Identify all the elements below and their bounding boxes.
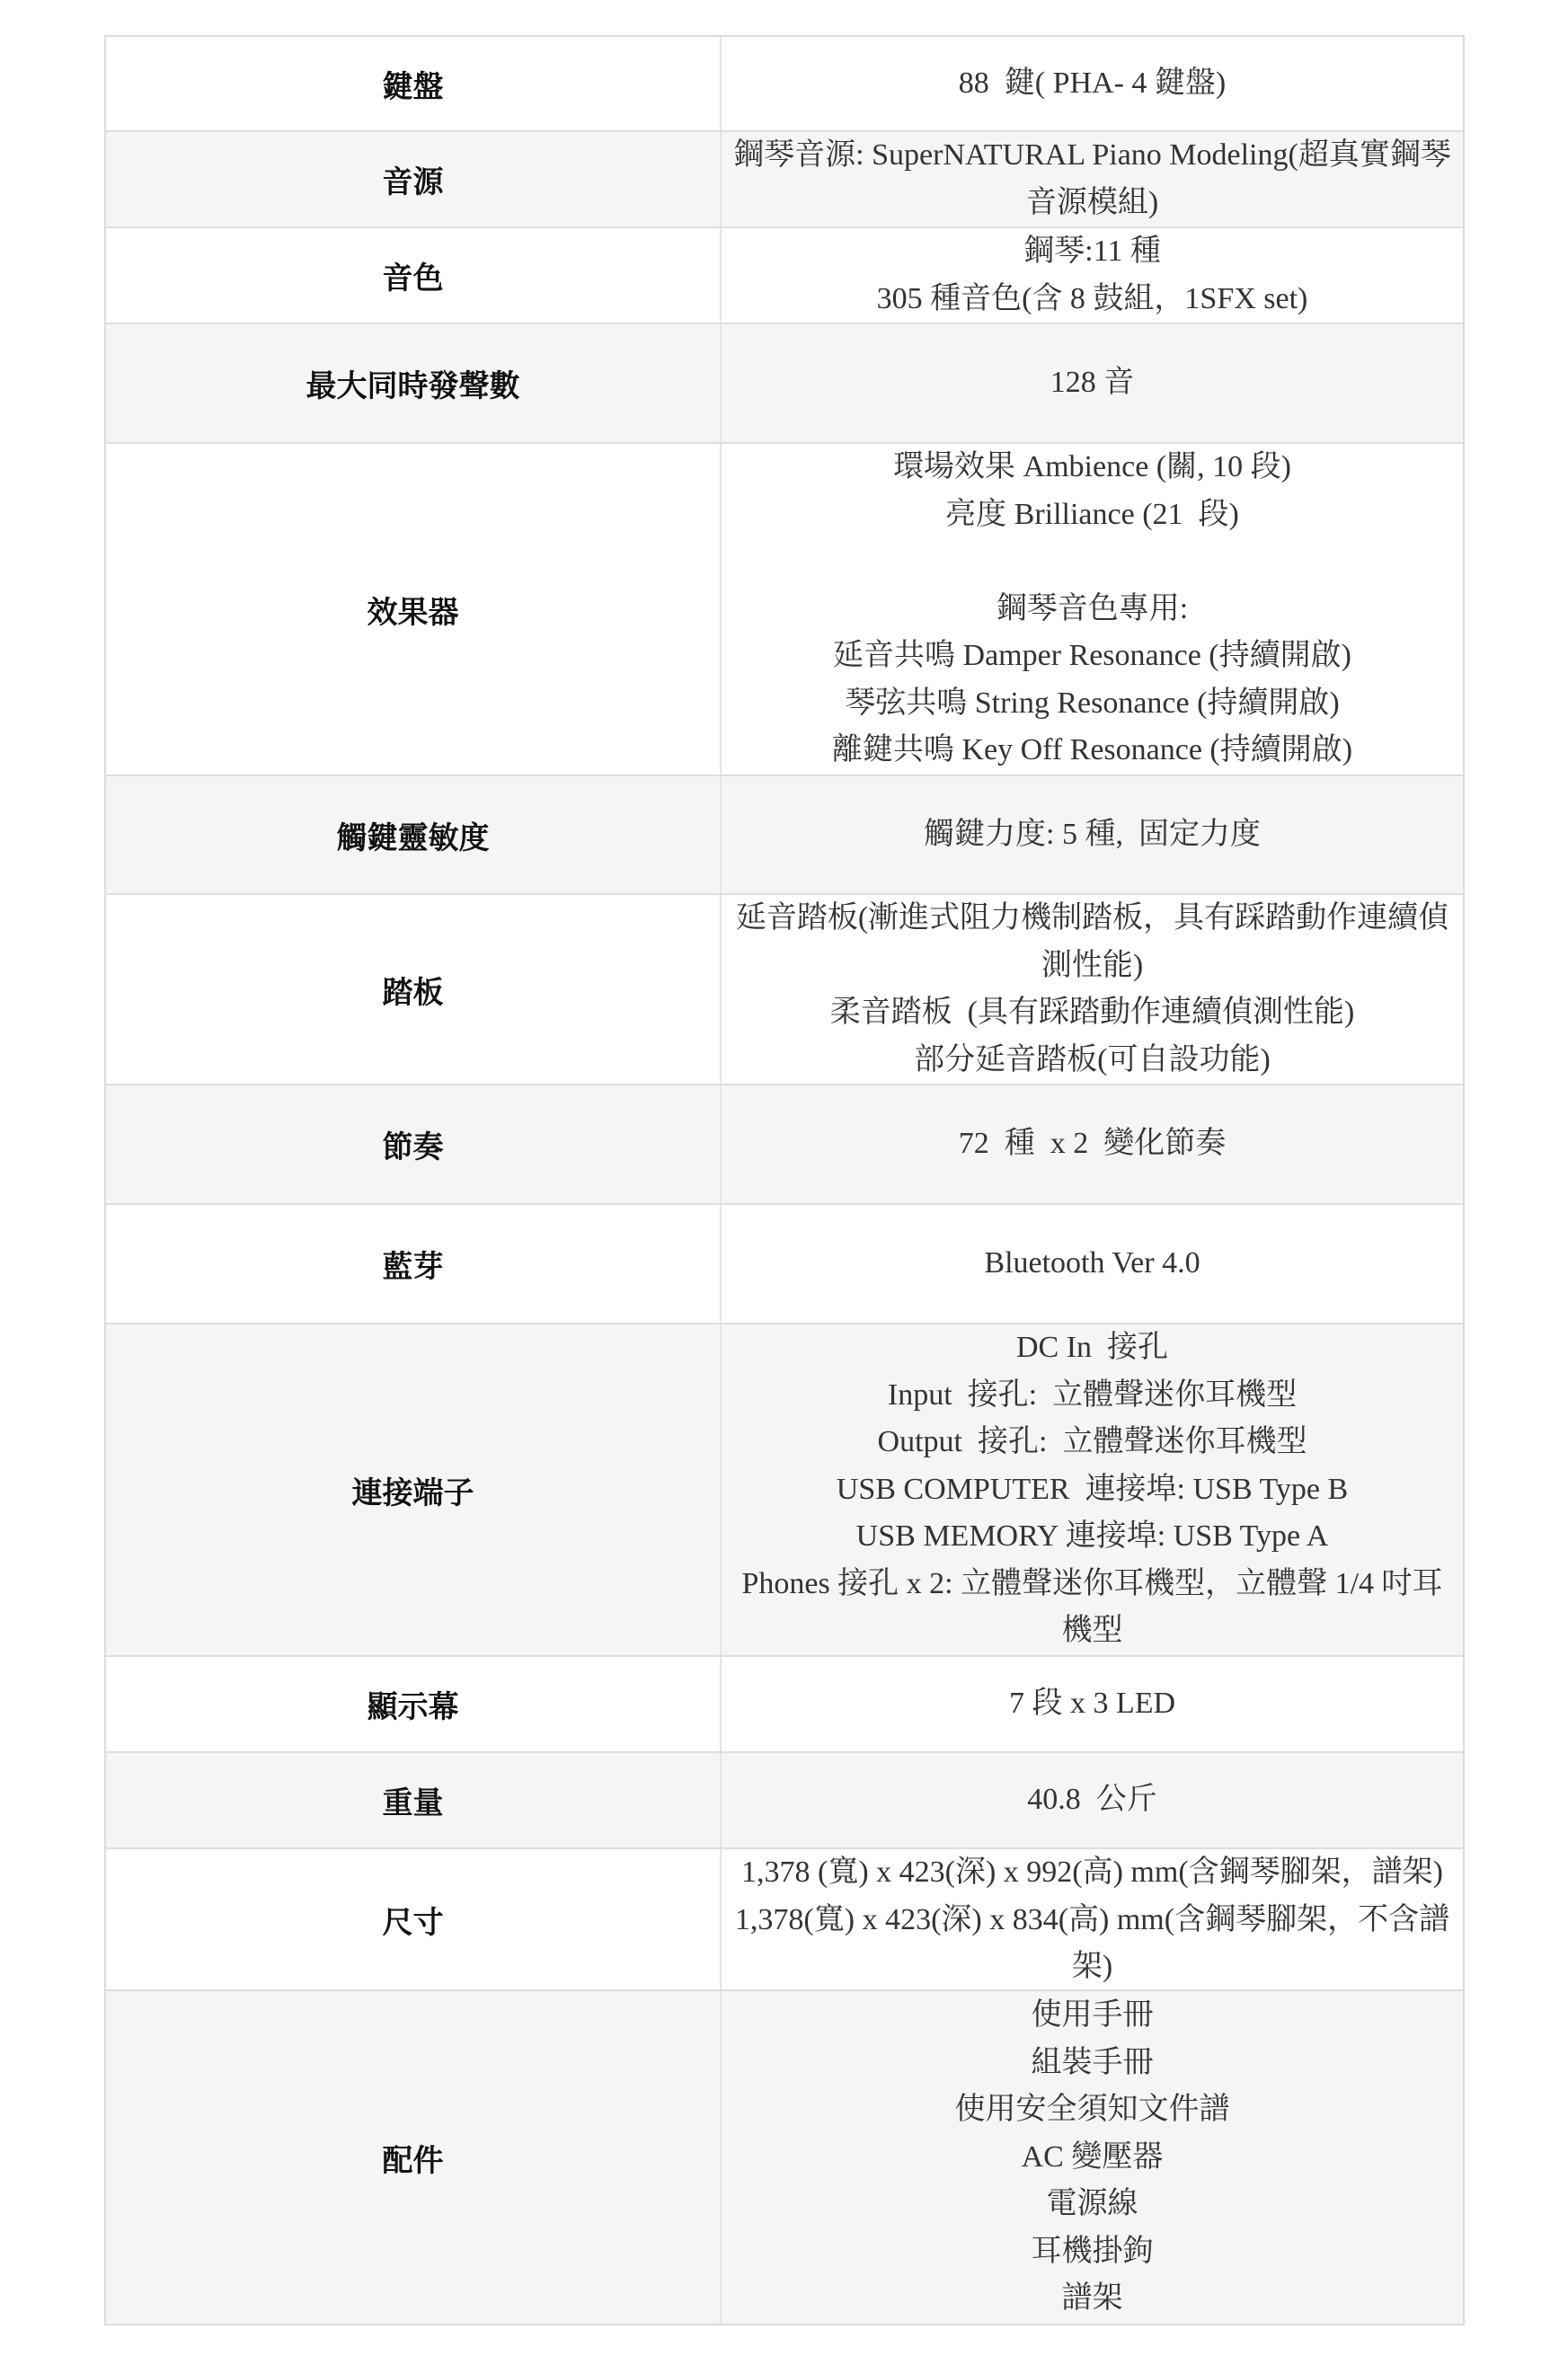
spec-row-accessories: 配件 使用手冊 組裝手冊 使用安全須知文件譜 AC 變壓器 電源線 耳機掛鉤 譜… [106,1991,1463,2324]
spec-value: 7 段 x 3 LED [722,1657,1463,1751]
spec-value-line: Input 接孔: 立體聲迷你耳機型 [732,1372,1452,1420]
spec-value-line: 耳機掛鉤 [732,2228,1452,2276]
spec-value: 鋼琴音源: SuperNATURAL Piano Modeling(超真實鋼琴音… [722,132,1463,226]
spec-row-effects: 效果器 環場效果 Ambience (關, 10 段) 亮度 Brillianc… [106,444,1463,776]
spec-value-line: 環場效果 Ambience (關, 10 段) [732,444,1452,492]
spec-label: 節奏 [106,1085,722,1203]
spec-value: 延音踏板(漸進式阻力機制踏板，具有踩踏動作連續偵測性能) 柔音踏板 (具有踩踏動… [722,895,1463,1084]
spec-value-line: 離鍵共鳴 Key Off Resonance (持續開啟) [732,727,1452,775]
spec-row-polyphony: 最大同時發聲數 128 音 [106,324,1463,444]
spec-value-line: 電源線 [732,2181,1452,2228]
spec-value-line: 72 種 x 2 變化節奏 [732,1120,1452,1168]
spec-row-rhythms: 節奏 72 種 x 2 變化節奏 [106,1085,1463,1205]
spec-value-line: Output 接孔: 立體聲迷你耳機型 [732,1419,1452,1466]
spec-label: 觸鍵靈敏度 [106,776,722,893]
spec-value: 使用手冊 組裝手冊 使用安全須知文件譜 AC 變壓器 電源線 耳機掛鉤 譜架 [722,1991,1463,2324]
spec-label: 效果器 [106,444,722,775]
spec-value: 1,378 (寬) x 423(深) x 992(高) mm(含鋼琴腳架，譜架)… [722,1849,1463,1989]
spec-value-line: AC 變壓器 [732,2134,1452,2182]
spec-label: 最大同時發聲數 [106,324,722,442]
spec-label: 鍵盤 [106,37,722,130]
spec-value-line: USB MEMORY 連接埠: USB Type A [732,1513,1452,1561]
spec-row-bluetooth: 藍芽 Bluetooth Ver 4.0 [106,1205,1463,1324]
spec-value-line: 128 音 [732,359,1452,407]
spec-value-line: DC In 接孔 [732,1324,1452,1372]
spec-label: 踏板 [106,895,722,1084]
spec-value: 環場效果 Ambience (關, 10 段) 亮度 Brilliance (2… [722,444,1463,775]
spec-value: 72 種 x 2 變化節奏 [722,1085,1463,1203]
spec-label: 重量 [106,1753,722,1847]
spec-value-line: 鋼琴音源: SuperNATURAL Piano Modeling(超真實鋼琴音… [732,132,1452,226]
spec-value: 觸鍵力度: 5 種, 固定力度 [722,776,1463,893]
spec-label: 音源 [106,132,722,226]
spec-row-sound-source: 音源 鋼琴音源: SuperNATURAL Piano Modeling(超真實… [106,132,1463,228]
spec-table: 鍵盤 88 鍵( PHA- 4 鍵盤) 音源 鋼琴音源: SuperNATURA… [104,35,1465,2325]
spec-label: 音色 [106,228,722,323]
spec-value: Bluetooth Ver 4.0 [722,1205,1463,1323]
spec-value-line: 延音共鳴 Damper Resonance (持續開啟) [732,633,1452,680]
spec-value-line: 延音踏板(漸進式阻力機制踏板，具有踩踏動作連續偵測性能) [732,895,1452,989]
spec-value-line: 鋼琴:11 種 [732,228,1452,276]
spec-value-line: 組裝手冊 [732,2040,1452,2087]
spec-value-line: 7 段 x 3 LED [732,1680,1452,1728]
spec-value-line: 1,378 (寬) x 423(深) x 992(高) mm(含鋼琴腳架，譜架) [732,1849,1452,1897]
spec-value: DC In 接孔 Input 接孔: 立體聲迷你耳機型 Output 接孔: 立… [722,1324,1463,1655]
spec-value-line: 88 鍵( PHA- 4 鍵盤) [732,60,1452,108]
spec-value-line: 琴弦共鳴 String Resonance (持續開啟) [732,680,1452,728]
spec-value-line: 亮度 Brilliance (21 段) [732,492,1452,539]
spec-row-dimensions: 尺寸 1,378 (寬) x 423(深) x 992(高) mm(含鋼琴腳架，… [106,1849,1463,1991]
spec-value-line: Bluetooth Ver 4.0 [732,1240,1452,1288]
spec-label: 顯示幕 [106,1657,722,1751]
spec-row-pedals: 踏板 延音踏板(漸進式阻力機制踏板，具有踩踏動作連續偵測性能) 柔音踏板 (具有… [106,895,1463,1085]
spec-value: 40.8 公斤 [722,1753,1463,1847]
spec-label: 藍芽 [106,1205,722,1323]
spec-value: 鋼琴:11 種 305 種音色(含 8 鼓組，1SFX set) [722,228,1463,323]
spec-value: 128 音 [722,324,1463,442]
spec-label: 尺寸 [106,1849,722,1989]
spec-value-line: USB COMPUTER 連接埠: USB Type B [732,1466,1452,1514]
spec-row-display: 顯示幕 7 段 x 3 LED [106,1657,1463,1753]
spec-label: 連接端子 [106,1324,722,1655]
spec-value-line: 1,378(寬) x 423(深) x 834(高) mm(含鋼琴腳架，不含譜架… [732,1897,1452,1990]
spec-row-touch-sensitivity: 觸鍵靈敏度 觸鍵力度: 5 種, 固定力度 [106,776,1463,895]
spec-value-line: Phones 接孔 x 2: 立體聲迷你耳機型，立體聲 1/4 吋耳機型 [732,1561,1452,1655]
spec-value-line: 觸鍵力度: 5 種, 固定力度 [732,811,1452,859]
spec-row-tones: 音色 鋼琴:11 種 305 種音色(含 8 鼓組，1SFX set) [106,228,1463,324]
spec-value-line: 305 種音色(含 8 鼓組，1SFX set) [732,276,1452,323]
spec-value-line: 鋼琴音色專用: [732,586,1452,633]
spec-value-line: 使用安全須知文件譜 [732,2086,1452,2134]
spec-row-connectors: 連接端子 DC In 接孔 Input 接孔: 立體聲迷你耳機型 Output … [106,1324,1463,1657]
spec-value-line: 部分延音踏板(可自設功能) [732,1037,1452,1085]
spec-value-line: 柔音踏板 (具有踩踏動作連續偵測性能) [732,989,1452,1037]
spec-row-keyboard: 鍵盤 88 鍵( PHA- 4 鍵盤) [106,37,1463,132]
spec-value: 88 鍵( PHA- 4 鍵盤) [722,37,1463,130]
spec-row-weight: 重量 40.8 公斤 [106,1753,1463,1849]
spec-value-line: 譜架 [732,2275,1452,2323]
spec-value-spacer [732,538,1452,586]
spec-value-line: 40.8 公斤 [732,1776,1452,1824]
spec-value-line: 使用手冊 [732,1992,1452,2040]
spec-label: 配件 [106,1991,722,2324]
